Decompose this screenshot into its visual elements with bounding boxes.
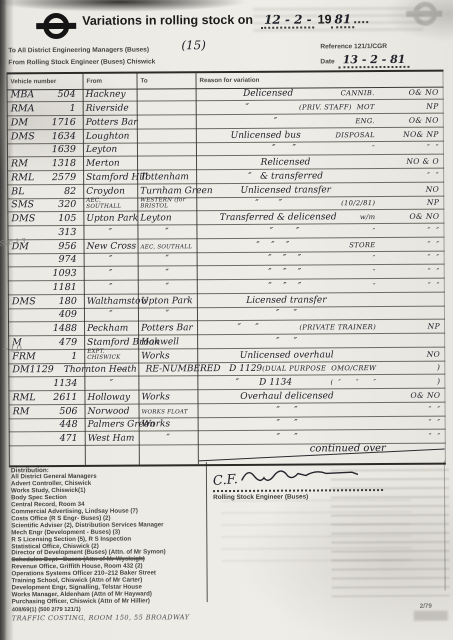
distribution-list: Distribution: All District General Manag…: [11, 466, 202, 606]
footer-smudge: [414, 611, 448, 621]
status-text: NP: [381, 198, 444, 207]
vehicle-number: 1634: [52, 130, 76, 141]
reason-note: (10/2/81): [341, 199, 375, 207]
cell-vehicle: RMA1: [7, 103, 83, 115]
vehicle-prefix: RM: [13, 406, 30, 417]
cell-vehicle: DMS1634: [7, 130, 83, 142]
vehicle-number: 2579: [52, 172, 76, 183]
reason-text: Delicensed: [196, 89, 341, 100]
cell-from: Walthamstow: [84, 296, 138, 307]
status-text: ): [382, 377, 445, 386]
bottom-divider-vertical: [206, 462, 208, 602]
reason-text: ″ ″: [198, 418, 377, 429]
cell-from: ″: [84, 310, 138, 321]
vehicle-prefix: BL: [11, 186, 24, 197]
vehicle-number: 313: [58, 227, 76, 238]
cell-reason: ″ ″″ ″: [198, 432, 446, 445]
reason-text: ″ & transferred: [196, 171, 375, 182]
cell-from: ″: [84, 379, 138, 390]
vehicle-number: 448: [59, 419, 77, 430]
cell-from: Peckham: [84, 324, 138, 335]
cell-reason: ″ ″ ″″″ ″: [197, 267, 445, 280]
vehicle-number: 1134: [53, 378, 77, 389]
reason-text: Unlicensed transfer: [196, 185, 375, 196]
reason-text: ″ ″ ″: [197, 281, 373, 292]
cell-from: Potters Bar: [83, 117, 137, 128]
status-text: ″ ″: [382, 267, 445, 276]
cell-vehicle: 1093: [8, 268, 84, 280]
cell-from: Upton Park: [83, 214, 137, 225]
reason-note: (DUAL PURPOSE OMO/CREW: [262, 364, 376, 373]
vehicle-prefix: SMS: [11, 199, 34, 210]
cell-from: Leyton: [83, 145, 137, 156]
reason-note: (PRIVATE TRAINER): [299, 323, 376, 331]
status-text: O& NO: [381, 115, 444, 124]
status-text: O& NO: [381, 88, 444, 97]
cell-vehicle: 1639: [7, 144, 83, 156]
vehicle-number: 504: [57, 89, 75, 100]
cell-from: EXPT. CHISWICK: [84, 349, 138, 363]
cell-reason: ″ ″″″ ″: [196, 143, 444, 156]
title-year-printed: 19: [315, 12, 332, 26]
reason-note: ( ″ ″ ″: [330, 378, 376, 386]
reason-note: ENG.: [355, 117, 375, 125]
cell-from: ″: [84, 269, 138, 280]
reason-text: ″ ″: [196, 143, 372, 154]
status-text: O& NO: [381, 212, 444, 221]
cell-from: New Cross: [84, 241, 138, 252]
column-header-from: From: [83, 77, 137, 84]
cell-from: Palmers Green: [85, 420, 139, 431]
cell-reason: Overhaul delicensedO& NO: [197, 390, 445, 403]
cell-to: Potters Bar: [138, 323, 197, 334]
document-title: Variations in rolling stock on 12 - 2 - …: [82, 12, 368, 30]
cell-reason: ″ ″ ″STORE″ ″: [197, 239, 445, 252]
cell-from: Holloway: [84, 392, 138, 403]
continued-over-note: continued over: [310, 443, 386, 454]
cell-vehicle: RM1318: [7, 158, 83, 170]
column-header-to: To: [137, 77, 196, 84]
roundel-bar: [36, 23, 76, 29]
cell-vehicle: RML2579: [7, 172, 83, 184]
date-line: Date 13 - 2 - 81: [320, 53, 409, 69]
reason-text: Overhaul delicensed: [197, 391, 376, 402]
cell-vehicle: RML2611: [8, 392, 84, 404]
vehicle-number: 1181: [53, 282, 77, 293]
cell-to: Leyton: [137, 213, 196, 224]
vehicle-number: 105: [58, 213, 76, 224]
reason-text: ″ ″ ″: [197, 253, 373, 264]
cell-reason: ″ ″ ″″″ ″: [197, 253, 445, 266]
status-text: NO & O: [381, 157, 444, 166]
cell-reason: Unlicensed overhaulNO: [197, 349, 445, 362]
status-text: ″ ″: [382, 253, 445, 262]
title-date-line: 12 - 2 -: [261, 12, 315, 28]
reason-note: ″: [373, 227, 376, 235]
cell-to: ″: [138, 254, 197, 265]
cell-reason: Unlicensed transferNO: [196, 184, 444, 197]
vehicle-number: 1639: [52, 144, 76, 155]
cell-from: Merton: [83, 159, 137, 170]
cell-from: West Ham: [85, 434, 139, 445]
vehicle-number: 180: [59, 295, 77, 306]
cell-to: ″: [138, 309, 197, 320]
cell-to: AEC, SOUTHALL: [138, 245, 197, 253]
date-label: Date: [320, 58, 334, 65]
cell-to: ″: [139, 433, 198, 444]
cell-reason: Licensed transfer: [197, 294, 445, 307]
reference-number: Reference 121/1/CGR: [320, 43, 387, 50]
status-text: ″ ″: [381, 170, 444, 179]
title-date-handwritten: 12 - 2 -: [261, 12, 315, 26]
rolling-stock-table: Vehicle number From To Reason for variat…: [6, 70, 445, 468]
cell-vehicle: 1488: [8, 323, 84, 335]
reason-note: ″: [372, 144, 375, 152]
cell-vehicle: 471: [9, 433, 85, 445]
vehicle-number: 82: [64, 185, 76, 196]
reason-text: Transferred & delicensed: [196, 212, 360, 223]
vehicle-number: 1: [70, 103, 76, 114]
reason-note: ″: [373, 254, 376, 262]
column-header-vehicle-number: Vehicle number: [7, 78, 83, 85]
cell-to: Tottenham: [137, 172, 196, 183]
status-text: ″ ″: [383, 432, 446, 441]
cell-to: Works: [139, 419, 198, 430]
vehicle-number: 1: [71, 350, 77, 361]
reason-text: ″ ″: [198, 432, 377, 443]
cell-to: Works: [138, 351, 197, 362]
vehicle-number: 1488: [53, 323, 77, 334]
status-text: NO: [382, 349, 445, 358]
cell-reason: Transferred & delicensedw/mO& NO: [196, 212, 444, 225]
reason-note: ″: [373, 282, 376, 290]
cell-to: ″: [138, 282, 197, 293]
vehicle-prefix: DMS: [11, 131, 35, 142]
cell-vehicle: SMS320: [7, 199, 83, 211]
cell-to: ″: [138, 268, 197, 279]
reason-text: Unlicensed overhaul: [197, 350, 376, 361]
addressee-line: To All District Engineering Managers (Bu…: [8, 46, 149, 54]
cell-reason: DelicensedCANNIB.O& NO: [196, 88, 444, 101]
title-year-handwritten: 81: [331, 12, 354, 26]
vehicle-number: 956: [58, 240, 76, 251]
cell-vehicle: RM506: [9, 405, 85, 417]
vehicle-number: 506: [59, 405, 77, 416]
cell-to: Works: [138, 392, 197, 403]
title-year-line: 81: [331, 12, 354, 28]
paper-sheet: Variations in rolling stock on 12 - 2 - …: [0, 0, 453, 640]
status-text: O& NO: [382, 390, 445, 399]
reason-text: ″ ″ ″: [197, 240, 350, 251]
table-body: MBA504 Hackney DelicensedCANNIB.O& NO RM…: [7, 86, 446, 446]
vehicle-number: 479: [59, 337, 77, 348]
cell-vehicle: 1181: [8, 282, 84, 294]
reason-text: ″ ″: [197, 308, 376, 319]
cell-reason: ″ & transferred″ ″: [196, 170, 444, 183]
signature-initials: C.F.: [212, 472, 238, 489]
status-text: ″ ″: [382, 239, 445, 248]
footer-handwritten-note: TRAFFIC COSTING, ROOM 150, 55 BROADWAY: [12, 613, 190, 622]
reason-text: ″ ″: [198, 405, 377, 416]
vehicle-number: 320: [58, 199, 76, 210]
cell-vehicle: DM1716: [7, 117, 83, 129]
scanned-document: Variations in rolling stock on 12 - 2 - …: [0, 0, 453, 640]
vehicle-prefix: RMA: [11, 103, 35, 114]
cell-vehicle: DM1129: [8, 364, 61, 376]
reason-text: ″ ″: [197, 323, 299, 334]
reason-text: ″ ″ ″: [197, 267, 373, 278]
bleed-through-text-2: [221, 499, 411, 570]
ghost-roundel-icon: [406, 2, 442, 26]
handwritten-count: (15): [181, 38, 206, 52]
cell-reason: RE-NUMBERED D 1129(DUAL PURPOSE OMO/CREW…: [146, 363, 446, 376]
cell-from: AEC, SOUTHALL: [83, 198, 137, 212]
cell-to: Hanwell: [138, 337, 197, 348]
vehicle-prefix: MBA: [11, 89, 35, 100]
vehicle-number: 1129: [30, 364, 54, 375]
cell-from: Hackney: [83, 90, 137, 101]
vehicle-number: 409: [59, 309, 77, 320]
reason-text: ″ D 1134: [197, 377, 330, 388]
reason-text: ″ ″: [197, 336, 376, 347]
reason-note: CANNIB.: [341, 89, 375, 97]
reason-note: w/m: [360, 213, 376, 221]
vehicle-prefix: DMS: [11, 213, 35, 224]
cell-to: ″: [137, 227, 196, 238]
status-text: NP: [381, 102, 444, 111]
cell-reason: Unlicensed busDISPOSALNO& NP: [196, 129, 444, 142]
status-text: NO: [381, 184, 444, 193]
vehicle-number: 1716: [52, 117, 76, 128]
footer-right-mark: 2/79: [420, 603, 432, 610]
reason-note: ″: [373, 268, 376, 276]
cell-reason: ″ ″(PRIVATE TRAINER)NP: [197, 322, 445, 335]
status-text: NP: [382, 322, 445, 331]
cell-reason: ″ ″″″ ″: [196, 225, 444, 238]
cell-from: ″: [83, 227, 137, 238]
reason-text: ″ ″: [196, 199, 341, 210]
cell-from: Thornton Heath: [61, 365, 115, 376]
cell-vehicle: 974: [8, 254, 84, 266]
cell-to: Upton Park: [138, 296, 197, 307]
cell-reason: ″ ″: [197, 308, 445, 321]
cell-reason: ″ ″: [197, 335, 445, 348]
date-handwritten: 13 - 2 - 81: [339, 53, 410, 66]
cell-reason: ″ ″ ″″″ ″: [197, 280, 445, 293]
reason-text: RE-NUMBERED D 1129: [146, 364, 263, 375]
vehicle-number: 974: [58, 254, 76, 265]
reason-note: STORE: [349, 241, 375, 249]
cell-from: Croydon: [83, 186, 137, 197]
london-transport-roundel-icon: [36, 13, 76, 39]
status-text: ″ ″: [381, 225, 444, 234]
cell-reason: ″ D 1134( ″ ″ ″): [197, 377, 445, 390]
cell-from: Riverside: [83, 104, 137, 115]
cell-to: —: [115, 365, 146, 376]
cell-from: Norwood: [85, 406, 139, 417]
cell-reason: ″ ″(10/2/81)NP: [196, 198, 444, 211]
cell-reason: ″ENG.O& NO: [196, 115, 444, 128]
cell-from: Stamford Brook: [84, 337, 138, 348]
distribution-items: All District General ManagersAdvert Cont…: [11, 473, 202, 606]
cell-vehicle: DMS180: [8, 295, 84, 307]
cell-reason: ″(PRIV. STAFF) MOTNP: [196, 102, 444, 115]
distribution-item: Purchasing Officer, Chiswick (Attn of Mr…: [12, 598, 202, 606]
date-value-line: 13 - 2 - 81: [339, 53, 410, 68]
vehicle-prefix: RML: [11, 172, 34, 183]
cell-vehicle: DMS105: [7, 213, 83, 225]
cell-to: WORKS FLOAT: [139, 410, 198, 418]
vehicle-prefix: RM: [11, 158, 28, 169]
reason-text: ″: [196, 103, 299, 114]
reason-text: Unlicensed bus: [196, 130, 336, 141]
cell-to: Turnham Green: [137, 186, 196, 197]
cell-from: ″: [84, 255, 138, 266]
cell-to: WESTERN (for BRISTOL: [137, 197, 196, 211]
title-text: Variations in rolling stock on: [82, 13, 253, 28]
cell-vehicle: MBA504: [7, 89, 83, 101]
status-text: ″ ″: [383, 418, 446, 427]
cell-reason: RelicensedNO & O: [196, 157, 444, 170]
status-text: ″ ″: [381, 143, 444, 152]
cell-from: Stamford Hill: [83, 172, 137, 183]
cell-vehicle: 409: [8, 309, 84, 321]
reason-text: ″ ″: [196, 226, 372, 237]
cell-vehicle: 1134: [8, 378, 84, 390]
vehicle-number: 1093: [52, 268, 76, 279]
vehicle-prefix: DM: [12, 364, 29, 375]
cell-vehicle: BL82: [7, 185, 83, 197]
reason-note: (PRIV. STAFF) MOT: [299, 103, 375, 111]
status-text: NO& NP: [381, 129, 444, 138]
status-text: ″ ″: [383, 404, 446, 413]
form-number: 408/69(1) (500 2/79 121/1): [12, 607, 81, 613]
cell-reason: ″ ″″ ″: [198, 418, 446, 431]
margin-note-ld: → LD: [2, 344, 22, 353]
sender-line: From Rolling Stock Engineer (Buses) Chis…: [8, 58, 155, 66]
vehicle-prefix: DM: [11, 117, 28, 128]
vehicle-number: 2611: [53, 392, 77, 403]
vehicle-number: 471: [60, 433, 78, 444]
reason-text: Licensed transfer: [197, 295, 376, 306]
cell-from: Loughton: [83, 131, 137, 142]
vehicle-prefix: RML: [12, 392, 35, 403]
cell-from: ″: [84, 282, 138, 293]
vehicle-number: 1318: [52, 158, 76, 169]
column-header-reason: Reason for variation: [196, 75, 444, 84]
vehicle-prefix: DMS: [12, 296, 36, 307]
reason-text: ″: [196, 116, 356, 127]
cell-vehicle: 448: [9, 419, 85, 431]
reason-note: DISPOSAL: [335, 131, 374, 139]
reason-text: Relicensed: [196, 157, 375, 168]
status-text: ): [382, 363, 445, 372]
status-text: ″ ″: [382, 280, 445, 289]
cell-reason: ″ ″″ ″: [198, 404, 446, 417]
